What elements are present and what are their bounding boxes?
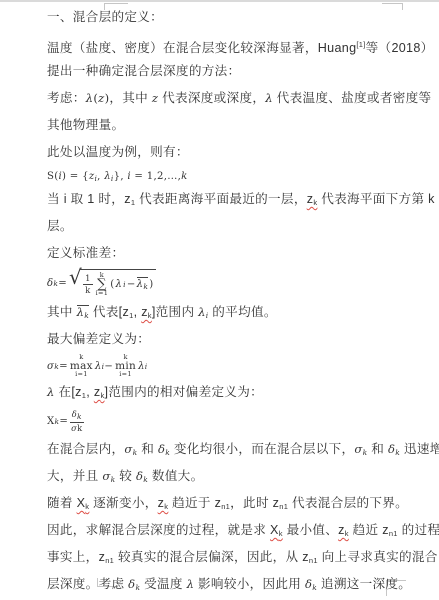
text-run: n1 bbox=[389, 529, 398, 538]
text-run: 2018 bbox=[391, 41, 420, 55]
limit-operator: kmaxi=1 bbox=[70, 354, 93, 378]
text-run: 代表温度、盐度或者密度等 bbox=[273, 91, 432, 105]
token-group: zk bbox=[338, 523, 349, 537]
text-run: 提出一种确定混合层深度的方法： bbox=[47, 64, 240, 78]
text-run: ) bbox=[149, 279, 153, 290]
text-run: λ bbox=[265, 91, 273, 105]
text-line-3: 提出一种确定混合层深度的方法： bbox=[47, 58, 432, 85]
text-line-4: 考虑：λ(z)，其中 z 代表深度或深度，λ 代表温度、盐度或者密度等 bbox=[47, 85, 432, 112]
text-line-2: 温度（盐度、密度）在混合层变化较深海显著，Huang[1]等（2018） bbox=[47, 31, 432, 58]
text-run: z bbox=[302, 550, 309, 564]
fraction-numerator: 1 bbox=[83, 273, 93, 285]
text-run: k bbox=[85, 285, 90, 295]
overbar-group: λk bbox=[137, 277, 149, 291]
text-line-5: 其他物理量。 bbox=[47, 112, 432, 139]
text-run: ]范围内 bbox=[152, 305, 198, 319]
text-line-8: 当 i 取 1 时，z1 代表距离海平面最近的一层，zk 代表海平面下方第 k bbox=[47, 186, 432, 213]
text-run: X bbox=[77, 496, 86, 510]
text-run: = bbox=[58, 278, 67, 289]
text-run: ]范围内的相对偏差定义为： bbox=[105, 385, 264, 399]
text-run: 代表距离海平面最近的一层， bbox=[135, 192, 306, 206]
text-run: 代表[ bbox=[89, 305, 122, 319]
text-line-6: 此处以温度为例，则有： bbox=[47, 139, 432, 166]
text-run: k bbox=[143, 282, 148, 291]
text-run: λ bbox=[104, 171, 111, 182]
text-run: 较 bbox=[115, 469, 136, 483]
text-line-12: 其中 λk 代表[z1, zk]范围内 λi 的平均值。 bbox=[47, 299, 432, 326]
text-run: k bbox=[77, 412, 82, 421]
text-run: i bbox=[145, 362, 148, 371]
text-run: S( bbox=[47, 171, 58, 182]
overbar-group: λk bbox=[77, 305, 90, 320]
text-run: ，此时 bbox=[230, 496, 272, 510]
text-run: σ bbox=[47, 361, 54, 372]
text-run: = 1,2,…, bbox=[131, 171, 181, 182]
text-run: 在混合层内， bbox=[47, 442, 124, 456]
text-run: σ bbox=[102, 469, 110, 483]
text-run: 趋近于 bbox=[168, 496, 214, 510]
text-run: 其他物理量。 bbox=[47, 118, 124, 132]
text-run: 考虑： bbox=[47, 91, 86, 105]
text-run: 温度（盐度、密度）在混合层变化较深海显著， bbox=[47, 41, 318, 55]
formula-line-16: Xk = δkσk bbox=[47, 406, 432, 436]
text-run: λ bbox=[115, 279, 122, 290]
text-run: n1 bbox=[279, 502, 288, 511]
text-run: 的平均值。 bbox=[208, 305, 276, 319]
window-top-edge bbox=[0, 0, 439, 2]
text-run: 定义标准差： bbox=[47, 246, 124, 260]
text-run: 数值大。 bbox=[148, 469, 203, 483]
text-run: k bbox=[181, 171, 187, 182]
text-run: λ bbox=[95, 361, 102, 372]
text-run: 影响较小，因此用 bbox=[194, 577, 305, 591]
text-run: 的过程。 bbox=[398, 523, 439, 537]
text-run: z bbox=[124, 192, 131, 206]
token-group: zk bbox=[94, 385, 105, 399]
text-run: ） bbox=[421, 41, 434, 55]
text-run: 在[ bbox=[55, 385, 76, 399]
text-run: 趋近 bbox=[349, 523, 382, 537]
text-run: n1 bbox=[221, 502, 230, 511]
text-run: X bbox=[47, 416, 55, 427]
text-run: 因此，求解混合层深度的过程，就是求 bbox=[47, 523, 270, 537]
text-run: 追溯这一深度。 bbox=[317, 577, 411, 591]
text-run: 向上寻求真实的混合 bbox=[318, 550, 438, 564]
text-run: }, bbox=[114, 171, 128, 182]
text-run: 等（ bbox=[366, 41, 392, 55]
operator-lower-limit: i=1 bbox=[75, 371, 88, 378]
text-run: 逐渐变小， bbox=[89, 496, 157, 510]
text-run: X bbox=[270, 523, 279, 537]
text-run: λ bbox=[198, 305, 206, 319]
text-run: 随着 bbox=[47, 496, 77, 510]
text-line-19: 随着 Xk 逐渐变小，zk 趋近于 zn1，此时 zn1 代表混合层的下界。 bbox=[47, 490, 432, 517]
text-run: 当 bbox=[47, 192, 64, 206]
text-run: i bbox=[123, 280, 126, 289]
formula-line-11: δk = √1kk∑i=1(λi − λk) bbox=[47, 267, 432, 299]
text-run: n1 bbox=[309, 556, 318, 565]
text-run: 1 bbox=[85, 273, 91, 283]
text-line-15: λ 在[z1, zk]范围内的相对偏差定义为： bbox=[47, 379, 432, 406]
text-run: 代表深度或深度， bbox=[158, 91, 265, 105]
fraction-numerator: δk bbox=[70, 409, 84, 423]
text-run: − bbox=[127, 279, 136, 290]
token-group: zk bbox=[141, 305, 152, 319]
text-line-10: 定义标准差： bbox=[47, 240, 432, 267]
text-run: 层深度。考虑 bbox=[47, 577, 128, 591]
text-run: = bbox=[59, 361, 68, 372]
limit-operator: kmini=1 bbox=[115, 354, 136, 378]
text-run: 其中 bbox=[47, 305, 77, 319]
fraction-denominator: σk bbox=[69, 423, 84, 434]
operator-lower-limit: i=1 bbox=[96, 290, 109, 297]
text-run: 和 bbox=[137, 442, 158, 456]
radicand: 1kk∑i=1(λi − λk) bbox=[80, 269, 156, 297]
fraction: δkσk bbox=[69, 409, 84, 433]
text-run: k bbox=[428, 192, 435, 206]
formula-line-14: σk = kmaxi=1 λi − kmini=1 λi bbox=[47, 353, 432, 379]
text-run: n1 bbox=[105, 556, 114, 565]
document-page: { "page": { "background": "#ffffff", "te… bbox=[0, 0, 439, 600]
text-run: 大，并且 bbox=[47, 469, 102, 483]
text-line-18: 大，并且 σk 较 δk 数值大。 bbox=[47, 463, 432, 490]
text-run: z bbox=[382, 523, 389, 537]
text-run: 事实上， bbox=[47, 550, 99, 564]
text-run: 变化均很小，而在混合层以下， bbox=[170, 442, 354, 456]
text-run: 一、混合层的定义： bbox=[47, 10, 163, 24]
text-run: λ bbox=[138, 361, 145, 372]
text-run: λ bbox=[47, 385, 55, 399]
text-run: 较真实的混合层偏深，因此，从 bbox=[114, 550, 302, 564]
text-run: , bbox=[86, 385, 94, 399]
fraction-denominator: k bbox=[83, 285, 92, 296]
token-group: Xk bbox=[77, 496, 90, 510]
text-run: 取 1 时， bbox=[67, 192, 124, 206]
text-run: z bbox=[141, 305, 148, 319]
text-run: σ bbox=[354, 442, 362, 456]
formula-line-7: S(i) = {zi, λi}, i = 1,2,…,k bbox=[47, 166, 432, 186]
text-run: 迅速增 bbox=[400, 442, 439, 456]
text-run: 最小值、 bbox=[283, 523, 338, 537]
text-line-17: 在混合层内，σk 和 δk 变化均很小，而在混合层以下，σk 和 δk 迅速增 bbox=[47, 436, 432, 463]
text-run: 代表海平面下方第 bbox=[317, 192, 428, 206]
text-run: ，其中 bbox=[109, 91, 151, 105]
operator-lower-limit: i=1 bbox=[119, 371, 132, 378]
text-run: k bbox=[77, 423, 82, 433]
text-run: 此处以温度为例，则有： bbox=[47, 145, 189, 159]
text-run: 层。 bbox=[47, 219, 73, 233]
text-run: ) = { bbox=[62, 171, 89, 182]
text-line-21: 事实上，zn1 较真实的混合层偏深，因此，从 zn1 向上寻求真实的混合 bbox=[47, 544, 432, 571]
document-body: 一、混合层的定义：温度（盐度、密度）在混合层变化较深海显著，Huang[1]等（… bbox=[47, 4, 432, 598]
text-run: 代表混合层的下界。 bbox=[288, 496, 408, 510]
text-line-22: 层深度。考虑 δk 受温度 λ 影响较小，因此用 δk 追溯这一深度。 bbox=[47, 571, 432, 598]
text-run: 和 bbox=[367, 442, 388, 456]
text-run: z bbox=[75, 385, 82, 399]
token-group: zk bbox=[307, 192, 318, 206]
text-run: − bbox=[104, 361, 113, 372]
text-run: ( bbox=[110, 279, 114, 290]
text-line-20: 因此，求解混合层深度的过程，就是求 Xk 最小值、zk 趋近 zn1 的过程。 bbox=[47, 517, 432, 544]
text-line-1: 一、混合层的定义： bbox=[47, 4, 432, 31]
text-line-13: 最大偏差定义为： bbox=[47, 326, 432, 353]
sum-operator: k∑i=1 bbox=[96, 272, 109, 297]
text-run: z bbox=[338, 523, 345, 537]
text-run: Huang bbox=[318, 41, 357, 55]
text-line-9: 层。 bbox=[47, 213, 432, 240]
text-run: σ bbox=[124, 442, 132, 456]
fraction: 1k bbox=[83, 273, 93, 295]
text-run: 最大偏差定义为： bbox=[47, 332, 150, 346]
square-root: √1kk∑i=1(λi − λk) bbox=[69, 269, 156, 297]
token-group: zk bbox=[158, 496, 169, 510]
text-run: = bbox=[59, 416, 68, 427]
text-run: 受温度 bbox=[140, 577, 186, 591]
text-run: [1] bbox=[356, 40, 365, 49]
token-group: Xk bbox=[270, 523, 283, 537]
